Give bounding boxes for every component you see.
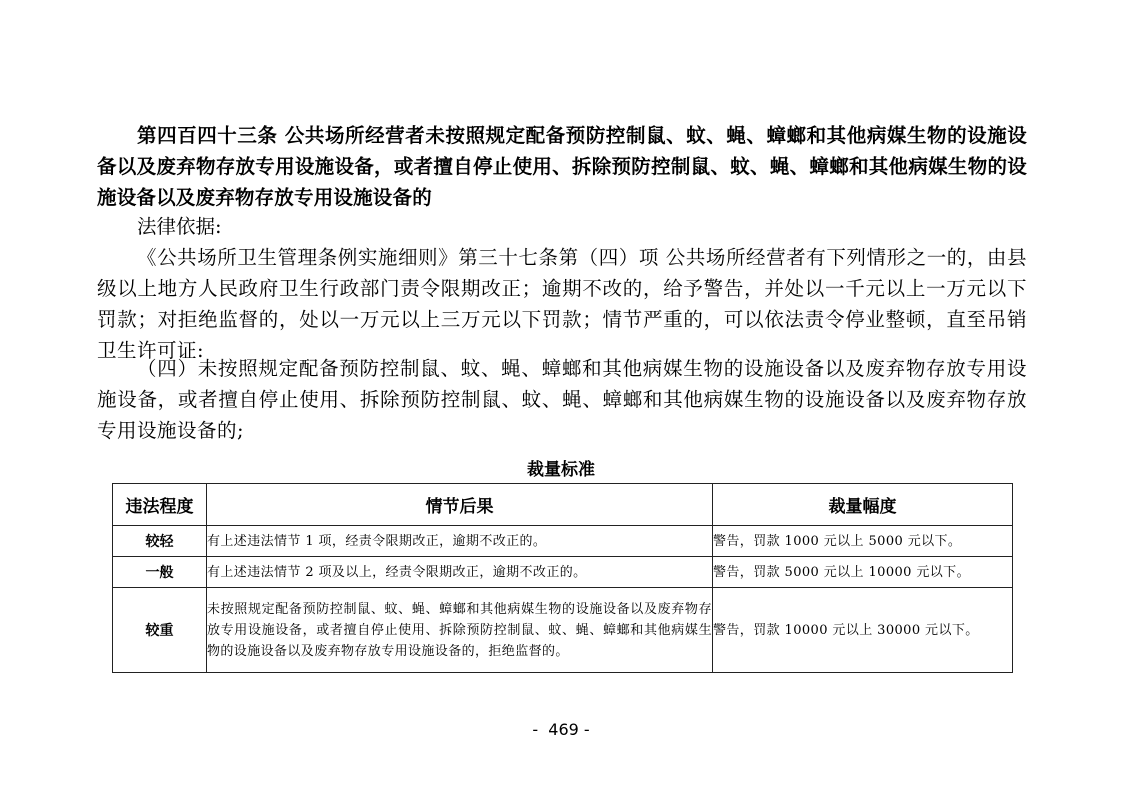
violation-level-cell: 较重 [113, 588, 207, 673]
table-row: 一般 有上述违法情节 2 项及以上，经责令限期改正，逾期不改正的。 警告，罚款 … [113, 557, 1013, 588]
header-violation-level: 违法程度 [113, 484, 207, 526]
header-consequence: 情节后果 [207, 484, 713, 526]
clause-paragraph: （四）未按照规定配备预防控制鼠、蚊、蝇、蟑螂和其他病媒生物的设施设备以及废弃物存… [97, 353, 1027, 446]
penalty-cell: 警告，罚款 1000 元以上 5000 元以下。 [713, 526, 1013, 557]
standards-table: 违法程度 情节后果 裁量幅度 较轻 有上述违法情节 1 项，经责令限期改正，逾期… [112, 483, 1013, 673]
consequence-cell: 有上述违法情节 2 项及以上，经责令限期改正，逾期不改正的。 [207, 557, 713, 588]
page-number: - 469 - [0, 719, 1122, 741]
table-row: 较重 未按照规定配备预防控制鼠、蚊、蝇、蟑螂和其他病媒生物的设施设备以及废弃物存… [113, 588, 1013, 673]
table-row: 较轻 有上述违法情节 1 项，经责令限期改正，逾期不改正的。 警告，罚款 100… [113, 526, 1013, 557]
consequence-cell: 未按照规定配备预防控制鼠、蚊、蝇、蟑螂和其他病媒生物的设施设备以及废弃物存放专用… [207, 588, 713, 673]
penalty-cell: 警告，罚款 10000 元以上 30000 元以下。 [713, 588, 1013, 673]
consequence-cell: 有上述违法情节 1 项，经责令限期改正，逾期不改正的。 [207, 526, 713, 557]
legal-basis-label: 法律依据: [137, 211, 222, 242]
article-title: 第四百四十三条 公共场所经营者未按照规定配备预防控制鼠、蚊、蝇、蟑螂和其他病媒生… [97, 120, 1027, 213]
legal-basis-paragraph: 《公共场所卫生管理条例实施细则》第三十七条第（四）项 公共场所经营者有下列情形之… [97, 242, 1027, 366]
penalty-cell: 警告，罚款 5000 元以上 10000 元以下。 [713, 557, 1013, 588]
violation-level-cell: 较轻 [113, 526, 207, 557]
header-penalty-range: 裁量幅度 [713, 484, 1013, 526]
table-header-row: 违法程度 情节后果 裁量幅度 [113, 484, 1013, 526]
document-page: 第四百四十三条 公共场所经营者未按照规定配备预防控制鼠、蚊、蝇、蟑螂和其他病媒生… [0, 0, 1122, 793]
violation-level-cell: 一般 [113, 557, 207, 588]
table-caption: 裁量标准 [0, 458, 1122, 482]
